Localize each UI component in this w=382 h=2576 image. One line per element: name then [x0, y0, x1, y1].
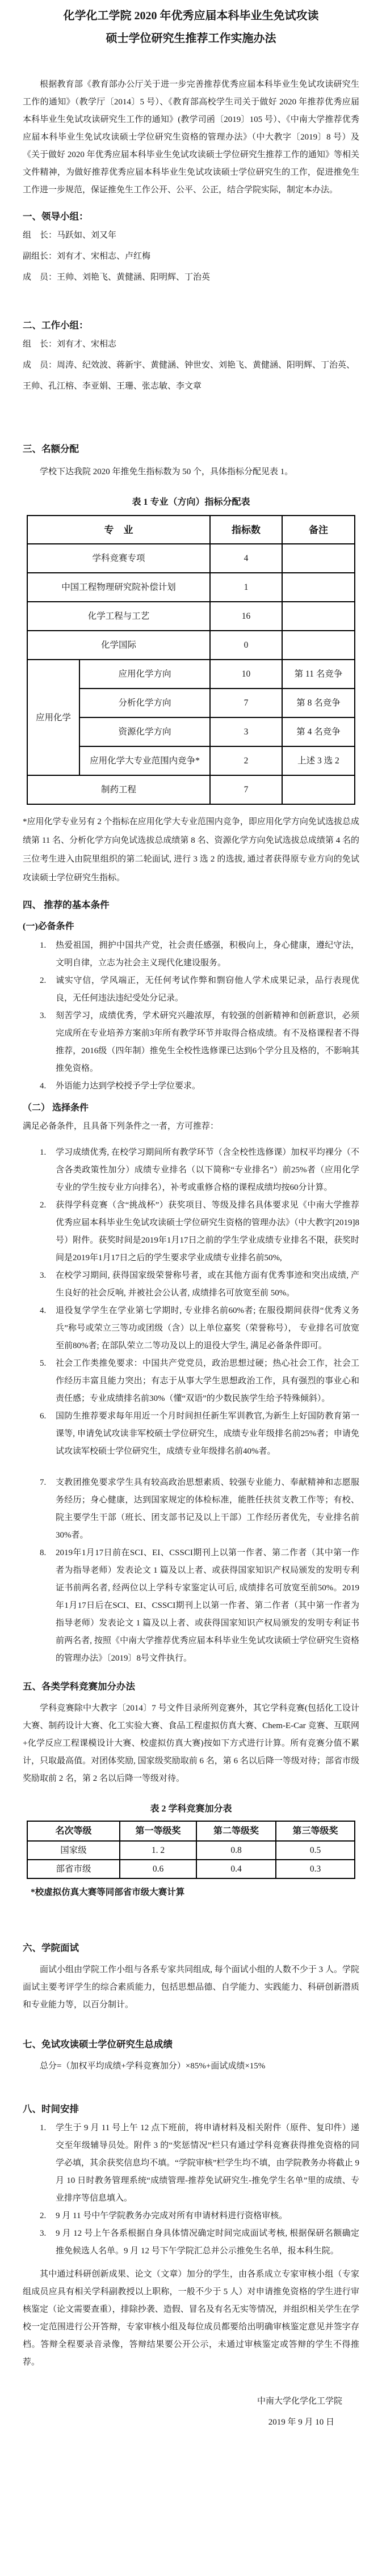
item-number: 4.	[40, 1078, 56, 1095]
subsection-required-conditions: (一)必备条件	[23, 918, 359, 935]
item-text: 2019年1月17日前在SCI、EI、CSSCI期刊上以第一作者、第二作者（其中…	[56, 1544, 359, 1667]
table2-caption: 表 2 学科竞赛加分表	[23, 1802, 359, 1816]
table-row: 应用化学 应用化学方向 10 第 11 名竞争	[27, 660, 355, 689]
list-item: 4.退役复学学生在学业第七学期时, 专业排名前60%者; 在服役期间获得“优秀义…	[23, 1302, 359, 1355]
list-item: 1.学生于 9 月 11 号上午 12 点下班前，将申请材料及相关附件（原件、复…	[23, 2119, 359, 2207]
item-text: 在校学习期间, 获得国家级荣誉称号者，或在其他方面有优秀事迹和突出成绩, 产生良…	[56, 1267, 359, 1302]
cell-quota: 7	[210, 775, 282, 804]
college-interview-paragraph: 面试小组由学院工作小组与各系专家共同组成, 每个面试小组的人数不少于 3 人。学…	[23, 1961, 359, 2014]
cell-major: 分析化学方向	[79, 689, 210, 717]
item-text: 国防生推荐要求每年用近一个月时间担任新生军训教官,为新生上好国防教育第一课等, …	[56, 1408, 359, 1460]
title-line-1: 化学化工学院 2020 年优秀应届本科毕业生免试攻读	[23, 5, 359, 27]
leading-group-leader: 组 长：马跃如、刘又年	[23, 225, 359, 246]
item-number: 7.	[40, 1474, 56, 1544]
section-heading-competition-bonus: 五、各类学科竞赛加分办法	[23, 1678, 359, 1695]
cell-level: 部省市级	[27, 1860, 120, 1878]
cell-quota: 16	[210, 602, 282, 631]
section-heading-working-group: 二、工作小组：	[23, 316, 359, 334]
item-text: 学生于 9 月 11 号上午 12 点下班前，将申请材料及相关附件（原件、复印件…	[56, 2119, 359, 2207]
table-row: 国家级 1. 2 0.8 0.5	[27, 1841, 355, 1860]
selection-conditions-intro: 满足必备条件，且具备下列条件之一者，方可推荐：	[23, 1118, 359, 1135]
cell-quota: 10	[210, 660, 282, 689]
section-heading-basic-conditions: 四、 推荐的基本条件	[23, 896, 359, 914]
section-heading-college-interview: 六、学院面试	[23, 1939, 359, 1957]
cell-quota: 0	[210, 631, 282, 660]
cell-level: 国家级	[27, 1841, 120, 1860]
table-row: 部省市级 0.6 0.4 0.3	[27, 1860, 355, 1878]
schedule-list: 1.学生于 9 月 11 号上午 12 点下班前，将申请材料及相关附件（原件、复…	[23, 2119, 359, 2260]
list-item: 3.9 月 12 号上午各系根据自身具体情况确定时间完成面试考核, 根据保研名额…	[23, 2225, 359, 2260]
cell-note	[282, 573, 355, 602]
item-number: 1.	[40, 2119, 56, 2207]
item-number: 1.	[40, 1144, 56, 1197]
subsection-selection-conditions: （二） 选择条件	[23, 1099, 359, 1117]
item-number: 3.	[40, 2225, 56, 2260]
closing-paragraph: 其中通过科研创新成果、论文（文章）加分的学生，由各系成立专家审核小组（专家组成员…	[23, 2266, 359, 2371]
required-conditions-list: 1.热爱祖国，拥护中国共产党，社会责任感强，积极向上，身心健康，遵纪守法，文明自…	[23, 937, 359, 1095]
cell-second: 0.8	[196, 1841, 276, 1860]
item-number: 4.	[40, 1302, 56, 1355]
table1-footnote: *应用化学专业另有 2 个指标在应用化学大专业范围内竞争，即应用化学方向免试选拔…	[23, 813, 359, 888]
cell-major: 资源化学方向	[79, 717, 210, 746]
table-row: 化学工程与工艺 16	[27, 602, 355, 631]
item-text: 刻苦学习，成绩优秀，学术研究兴趣浓厚，有较强的创新精神和创新意识，必须完成所在专…	[56, 1007, 359, 1078]
cell-major: 中国工程物理研究院补偿计划	[27, 573, 210, 602]
document-page: 化学化工学院 2020 年优秀应届本科毕业生免试攻读 硕士学位研究生推荐工作实施…	[0, 0, 382, 2576]
item-number: 3.	[40, 1267, 56, 1302]
list-item: 2.9 月 11 号中午学院教务办完成对所有申请材料进行资格审核。	[23, 2207, 359, 2225]
cell-quota: 7	[210, 689, 282, 717]
cell-quota: 1	[210, 573, 282, 602]
item-text: 诚实守信，学风端正，无任何考试作弊和剽窃他人学术成果记录，品行表现优良，无任何违…	[56, 972, 359, 1007]
table1-caption: 表 1 专业（方向）指标分配表	[23, 496, 359, 509]
item-number: 2.	[40, 2207, 56, 2225]
item-number: 8.	[40, 1544, 56, 1667]
cell-quota: 2	[210, 746, 282, 775]
item-text: 获得学科竞赛（含“挑战杯”）获奖项目、等级及排名具体要求见《中南大学推荐优秀应届…	[56, 1197, 359, 1267]
cell-second: 0.4	[196, 1860, 276, 1878]
header-second-prize: 第二等级奖	[196, 1821, 276, 1841]
table-row: 学科竞赛专项 4	[27, 544, 355, 573]
list-item: 2.诚实守信，学风端正，无任何考试作弊和剽窃他人学术成果记录，品行表现优良，无任…	[23, 972, 359, 1007]
title-line-2: 硕士学位研究生推荐工作实施办法	[23, 27, 359, 50]
table-row: 制药工程 7	[27, 775, 355, 804]
quota-allocation-table: 专 业 指标数 备注 学科竞赛专项 4 中国工程物理研究院补偿计划 1 化学工程…	[27, 515, 355, 805]
intro-paragraph: 根据教育部《教育部办公厅关于进一步完善推荐优秀应届本科毕业生免试攻读研究生工作的…	[23, 76, 359, 199]
list-item: 1.热爱祖国，拥护中国共产党，社会责任感强，积极向上，身心健康，遵纪守法，文明自…	[23, 937, 359, 972]
section-heading-leading-group: 一、领导小组：	[23, 208, 359, 225]
item-number: 6.	[40, 1408, 56, 1460]
table-header-row: 专 业 指标数 备注	[27, 516, 355, 544]
leading-group-deputy: 副组长：刘有才、宋相志、卢红梅	[23, 246, 359, 267]
cell-major: 应用化学大专业范围内竞争*	[79, 746, 210, 775]
list-item: 2.获得学科竞赛（含“挑战杯”）获奖项目、等级及排名具体要求见《中南大学推荐优秀…	[23, 1197, 359, 1267]
section-heading-quota-allocation: 三、名额分配	[23, 440, 359, 458]
quota-intro-paragraph: 学校下达我院 2020 年推免生指标数为 50 个，具体指标分配见表 1。	[23, 463, 359, 481]
total-score-formula: 总分=（加权平均成绩+学科竞赛加分）×85%+面试成绩×15%	[23, 2058, 359, 2075]
item-number: 5.	[40, 1355, 56, 1408]
cell-major: 化学国际	[27, 631, 210, 660]
working-group-members: 成 员：周涛、纪效波、蒋新宇、黄健涵、钟世安、刘艳飞、黄健涵、阳明辉、丁治英、王…	[23, 355, 359, 397]
cell-note: 第 11 名竞争	[282, 660, 355, 689]
cell-note: 第 4 名竞争	[282, 717, 355, 746]
header-rank-level: 名次等级	[27, 1821, 120, 1841]
header-quota: 指标数	[210, 516, 282, 544]
list-item: 1.学习成绩优秀, 在校学习期间所有教学环节（含全校性选修课）加权平均裸分（不含…	[23, 1144, 359, 1197]
document-title: 化学化工学院 2020 年优秀应届本科毕业生免试攻读 硕士学位研究生推荐工作实施…	[23, 5, 359, 50]
selection-conditions-list: 1.学习成绩优秀, 在校学习期间所有教学环节（含全校性选修课）加权平均裸分（不含…	[23, 1144, 359, 1667]
item-text: 外语能力达到学校授予学士学位要求。	[56, 1078, 359, 1095]
table-row: 化学国际 0	[27, 631, 355, 660]
cell-note	[282, 775, 355, 804]
list-item: 3.在校学习期间, 获得国家级荣誉称号者，或在其他方面有优秀事迹和突出成绩, 产…	[23, 1267, 359, 1302]
leading-group-members: 成 员：王帅、刘艳飞、黄健涵、阳明辉、丁治英	[23, 267, 359, 288]
list-item: 7.支教团推免要求学生具有较高政治思想素质、较强专业能力、奉献精神和志愿服务经历…	[23, 1474, 359, 1544]
cell-first: 0.6	[120, 1860, 196, 1878]
item-text: 9 月 12 号上午各系根据自身具体情况确定时间完成面试考核, 根据保研名额确定…	[56, 2225, 359, 2260]
item-number: 2.	[40, 972, 56, 1007]
cell-note	[282, 602, 355, 631]
signature-organization: 中南大学化学化工学院	[23, 2393, 359, 2410]
cell-note	[282, 544, 355, 573]
item-text: 退役复学学生在学业第七学期时, 专业排名前60%者; 在服役期间获得“优秀义务兵…	[56, 1302, 359, 1355]
cell-quota: 4	[210, 544, 282, 573]
cell-first: 1. 2	[120, 1841, 196, 1860]
cell-quota: 3	[210, 717, 282, 746]
table2-footnote: *校虚拟仿真大赛等同部省市级大赛计算	[23, 1886, 359, 1899]
header-first-prize: 第一等级奖	[120, 1821, 196, 1841]
item-number: 2.	[40, 1197, 56, 1267]
item-text: 9 月 11 号中午学院教务办完成对所有申请材料进行资格审核。	[56, 2207, 359, 2225]
cell-note: 上述 3 选 2	[282, 746, 355, 775]
header-major: 专 业	[27, 516, 210, 544]
table-row: 中国工程物理研究院补偿计划 1	[27, 573, 355, 602]
item-text: 学习成绩优秀, 在校学习期间所有教学环节（含全校性选修课）加权平均裸分（不含各类…	[56, 1144, 359, 1197]
cell-note: 第 8 名竞争	[282, 689, 355, 717]
section-heading-schedule: 八、时间安排	[23, 2100, 359, 2118]
cell-third: 0.3	[276, 1860, 355, 1878]
item-text: 支教团推免要求学生具有较高政治思想素质、较强专业能力、奉献精神和志愿服务经历；身…	[56, 1474, 359, 1544]
table-header-row: 名次等级 第一等级奖 第二等级奖 第三等级奖	[27, 1821, 355, 1841]
cell-major-group: 应用化学	[27, 660, 79, 775]
cell-major: 制药工程	[27, 775, 210, 804]
section-heading-total-score: 七、免试攻读硕士学位研究生总成绩	[23, 2036, 359, 2053]
working-group-leader: 组 长：刘有才、宋相志	[23, 334, 359, 355]
cell-note	[282, 631, 355, 660]
item-number: 1.	[40, 937, 56, 972]
header-note: 备注	[282, 516, 355, 544]
item-text: 热爱祖国，拥护中国共产党，社会责任感强，积极向上，身心健康，遵纪守法，文明自律，…	[56, 937, 359, 972]
competition-bonus-table: 名次等级 第一等级奖 第二等级奖 第三等级奖 国家级 1. 2 0.8 0.5 …	[27, 1821, 355, 1879]
cell-major: 应用化学方向	[79, 660, 210, 689]
list-item: 6.国防生推荐要求每年用近一个月时间担任新生军训教官,为新生上好国防教育第一课等…	[23, 1408, 359, 1460]
cell-third: 0.5	[276, 1841, 355, 1860]
item-text: 社会工作类推免要求：中国共产党党员，政治思想过硬；热心社会工作，社会工作经历丰富…	[56, 1355, 359, 1408]
signature-date: 2019 年 9 月 10 日	[23, 2414, 359, 2431]
header-third-prize: 第三等级奖	[276, 1821, 355, 1841]
list-item: 3.刻苦学习，成绩优秀，学术研究兴趣浓厚，有较强的创新精神和创新意识，必须完成所…	[23, 1007, 359, 1078]
cell-major: 化学工程与工艺	[27, 602, 210, 631]
cell-major: 学科竞赛专项	[27, 544, 210, 573]
item-number: 3.	[40, 1007, 56, 1078]
list-item: 4.外语能力达到学校授予学士学位要求。	[23, 1078, 359, 1095]
competition-bonus-paragraph: 学科竞赛除中大教字〔2014〕7 号文件目录所列竞赛外，其它学科竞赛(包括化工设…	[23, 1700, 359, 1788]
list-item: 5.社会工作类推免要求：中国共产党党员，政治思想过硬；热心社会工作，社会工作经历…	[23, 1355, 359, 1408]
list-item: 8.2019年1月17日前在SCI、EI、CSSCI期刊上以第一作者、第二作者（…	[23, 1544, 359, 1667]
